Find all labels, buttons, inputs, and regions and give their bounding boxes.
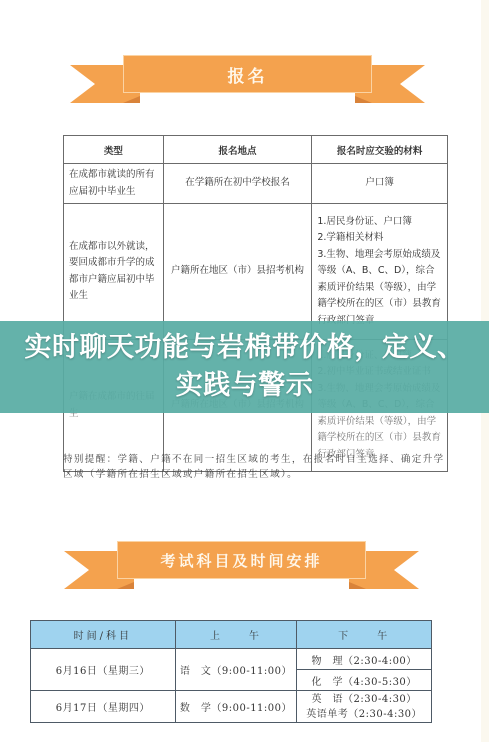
special-notice: 特别提醒：学籍、户籍不在同一招生区域的考生，在报名时自主选择、确定升学区域（学籍…: [63, 452, 448, 482]
table-row: 6月16日（星期三） 语 文（9:00-11:00） 物 理（2:30-4:00…: [31, 649, 432, 670]
material-item: 1.居民身份证、户口簿: [317, 214, 442, 231]
cell-date: 6月17日（星期四）: [31, 691, 176, 723]
header-materials: 报名时应交验的材料: [312, 136, 448, 164]
exam-schedule-table: 时间/科目 上 午 下 午 6月16日（星期三） 语 文（9:00-11:00）…: [30, 620, 432, 723]
cell-date: 6月16日（星期三）: [31, 649, 176, 691]
cell-afternoon: 化 学（4:30-5:30）: [297, 670, 432, 691]
cell-morning: 语 文（9:00-11:00）: [175, 649, 297, 691]
table-header-row: 时间/科目 上 午 下 午: [31, 621, 432, 649]
table-row: 6月17日（星期四） 数 学（9:00-11:00） 英 语（2:30-4:30…: [31, 691, 432, 723]
afternoon-item: 英语单考（2:30-4:30）: [297, 707, 431, 722]
registration-table: 类型 报名地点 报名时应交验的材料 在成都市就读的所有应届初中毕业生 在学籍所在…: [63, 135, 448, 472]
material-item: 3.生物、地理会考原始成绩及等级（A、B、C、D），综合素质评价结果（等级），由…: [317, 247, 442, 330]
cell-location: 户籍所在地区（市）县招考机构: [163, 204, 312, 340]
material-item: 2.学籍相关材料: [317, 230, 442, 247]
header-afternoon: 下 午: [297, 621, 432, 649]
overlay-title-band: 实时聊天功能与岩棉带价格，定义、实践与警示: [0, 321, 489, 413]
header-date: 时间/科目: [31, 621, 176, 649]
cell-type: 在成都市以外就读，要回成都市升学的成都市户籍应届初中毕业生: [64, 204, 164, 340]
header-morning: 上 午: [175, 621, 297, 649]
cell-location: 在学籍所在初中学校报名: [163, 164, 312, 204]
header-location: 报名地点: [163, 136, 312, 164]
cell-materials: 户口簿: [312, 164, 448, 204]
overlay-title: 实时聊天功能与岩棉带价格，定义、实践与警示: [22, 329, 467, 405]
table-header-row: 类型 报名地点 报名时应交验的材料: [64, 136, 448, 164]
schedule-banner-label: 考试科目及时间安排: [117, 541, 366, 579]
schedule-banner: 考试科目及时间安排: [64, 541, 419, 591]
afternoon-item: 英 语（2:30-4:30）: [297, 692, 431, 707]
cell-materials: 1.居民身份证、户口簿 2.学籍相关材料 3.生物、地理会考原始成绩及等级（A、…: [312, 204, 448, 340]
cell-afternoon: 英 语（2:30-4:30） 英语单考（2:30-4:30）: [297, 691, 432, 723]
registration-banner: 报名: [70, 55, 425, 105]
header-type: 类型: [64, 136, 164, 164]
table-row: 在成都市以外就读，要回成都市升学的成都市户籍应届初中毕业生 户籍所在地区（市）县…: [64, 204, 448, 340]
registration-banner-label: 报名: [123, 55, 372, 93]
table-row: 在成都市就读的所有应届初中毕业生 在学籍所在初中学校报名 户口簿: [64, 164, 448, 204]
document-page: 报名 类型 报名地点 报名时应交验的材料 在成都市就读的所有应届初中毕业生 在学…: [0, 0, 489, 742]
cell-type: 在成都市就读的所有应届初中毕业生: [64, 164, 164, 204]
cell-afternoon: 物 理（2:30-4:00）: [297, 649, 432, 670]
cell-morning: 数 学（9:00-11:00）: [175, 691, 297, 723]
